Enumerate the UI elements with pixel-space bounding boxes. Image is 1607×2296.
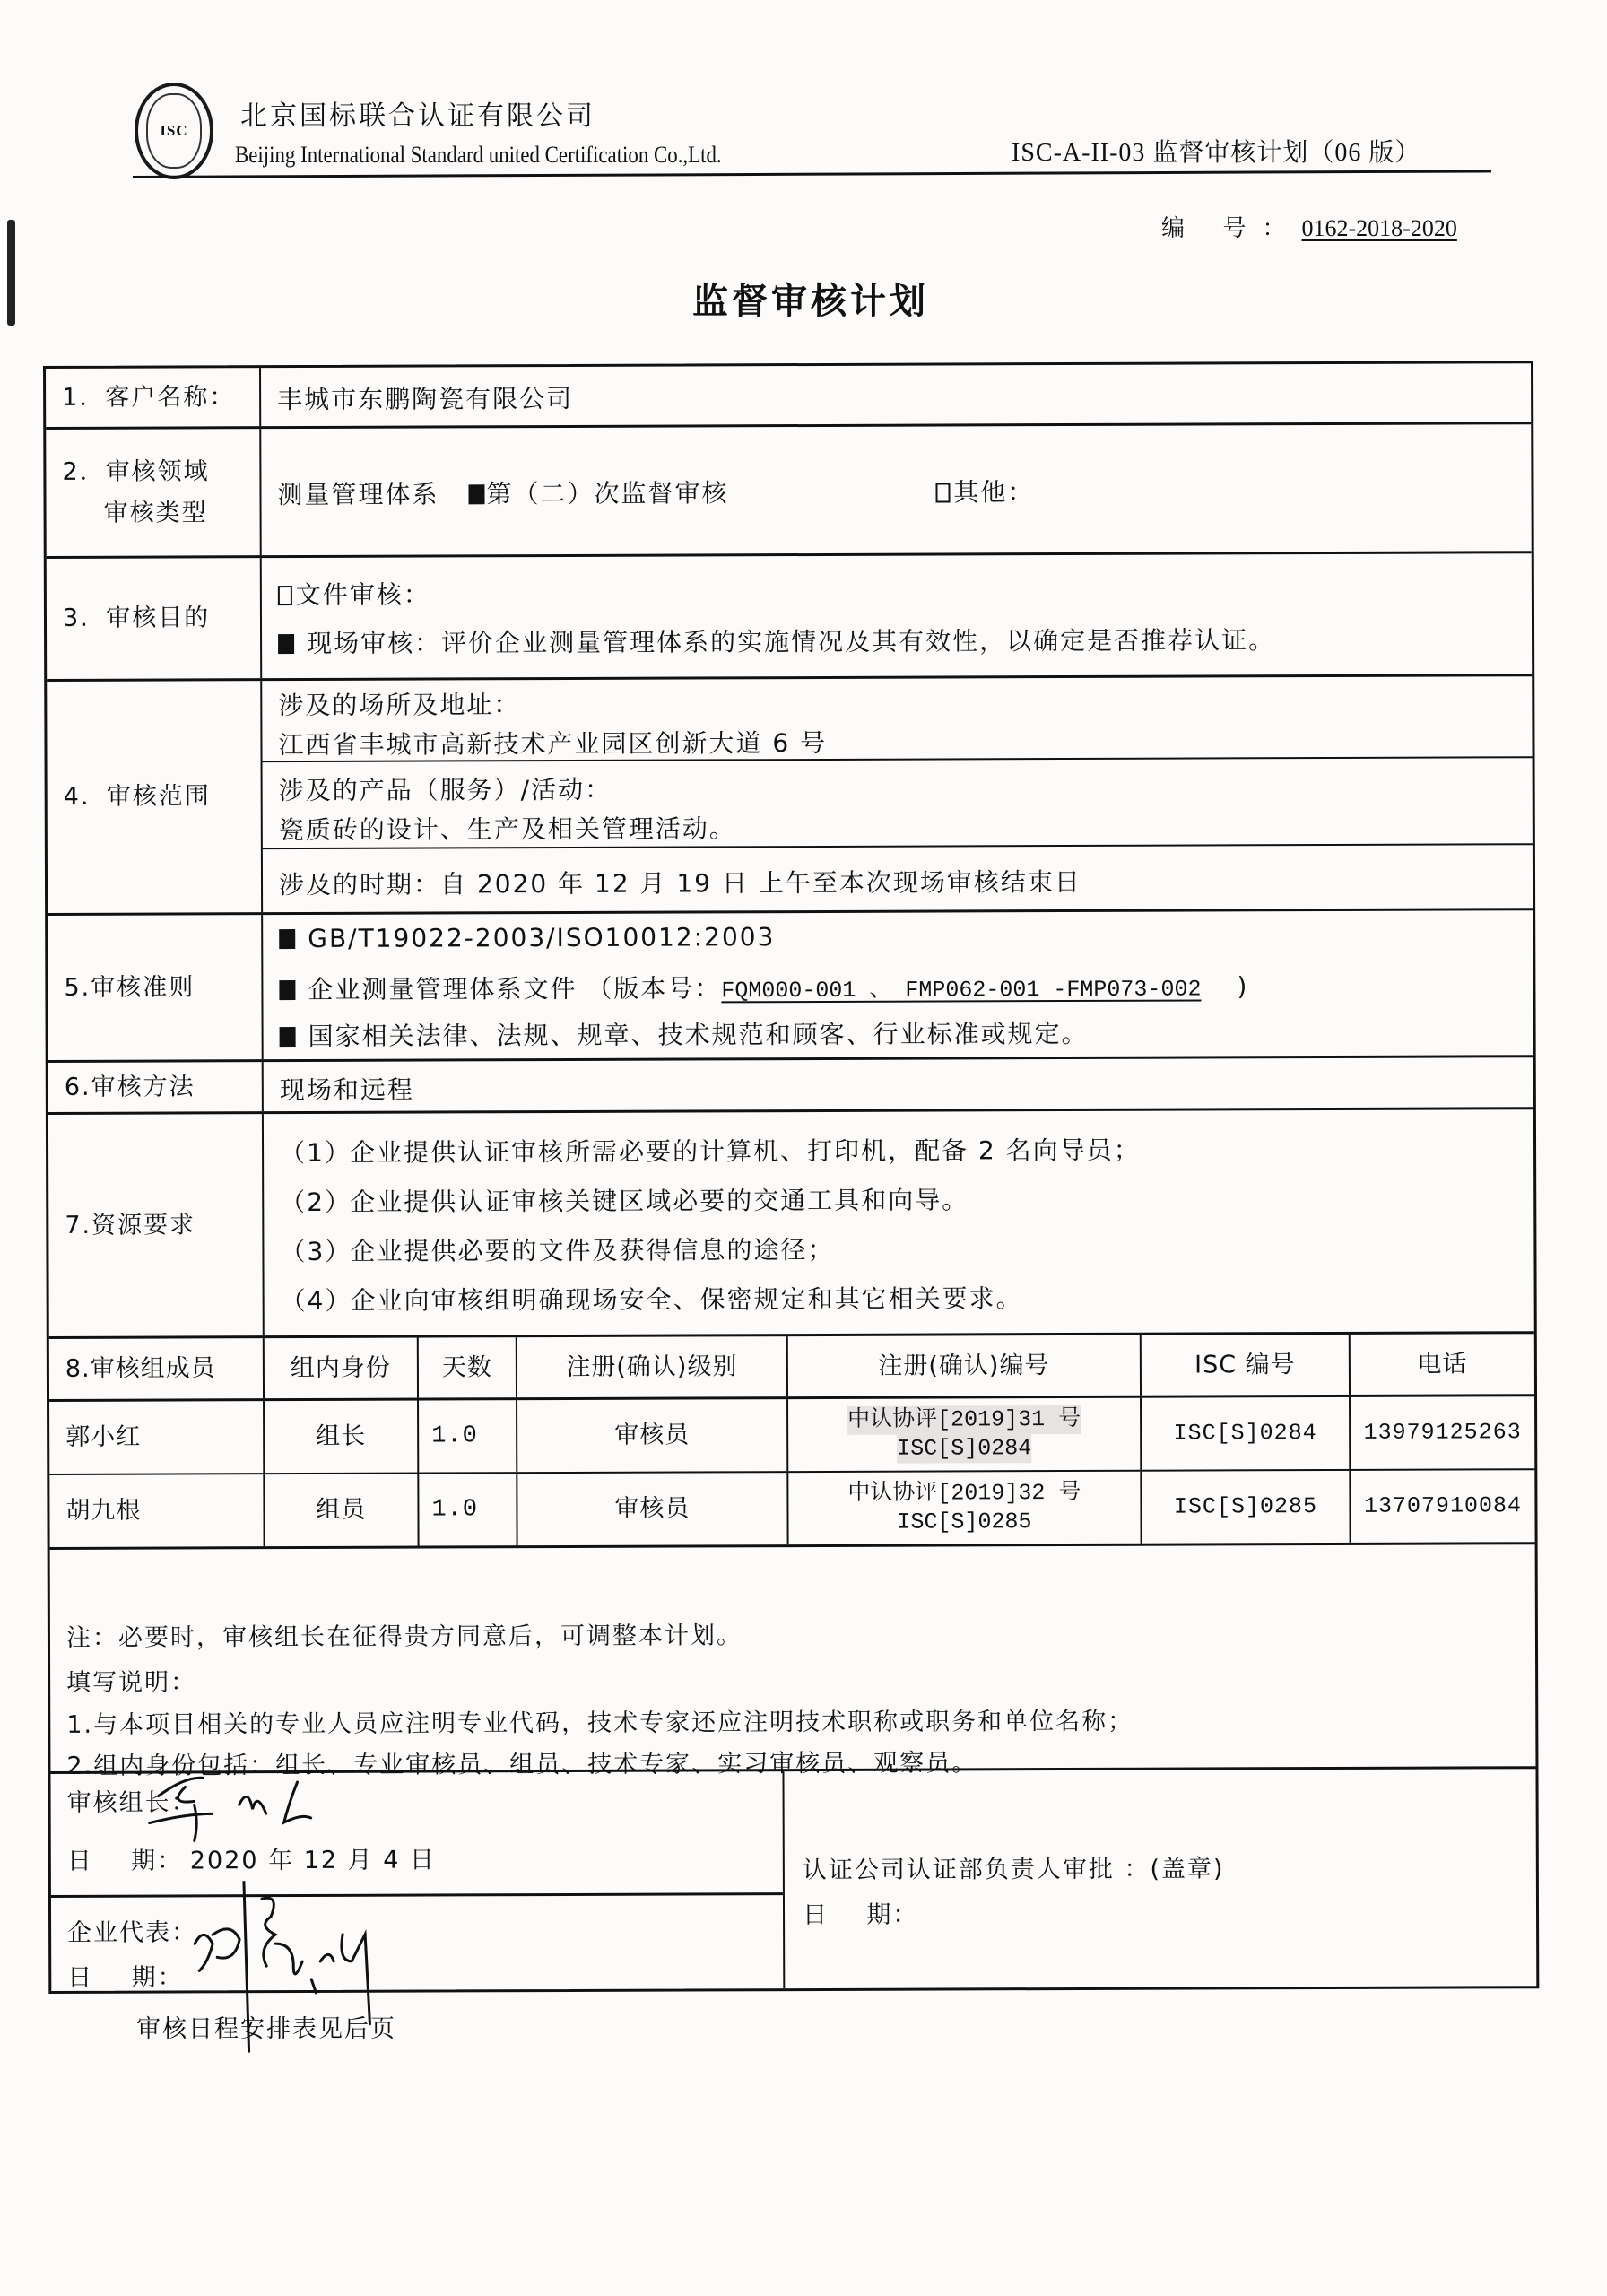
checked-box-icon[interactable] bbox=[278, 634, 294, 654]
col-days: 天数 bbox=[419, 1337, 517, 1397]
criteria-item-3-text: 国家相关法律、法规、规章、技术规范和顾客、行业标准或规定。 bbox=[308, 1019, 1089, 1051]
reg-no-line2: ISC[S]0285 bbox=[897, 1508, 1031, 1537]
rep-date-label: 日 期： bbox=[67, 1957, 183, 1992]
resource-num: （2） bbox=[280, 1183, 350, 1219]
resource-item: （4）企业向审核组明确现场安全、保密规定和其它相关要求。 bbox=[281, 1279, 1023, 1318]
resource-num: （1） bbox=[280, 1134, 350, 1170]
serial-label: 编 号： bbox=[1161, 215, 1302, 241]
criteria-label: 5.审核准则 bbox=[48, 915, 264, 1060]
notes-section: 注：必要时，审核组长在征得贵方同意后，可调整本计划。 填写说明： 1.与本项目相… bbox=[50, 1544, 1536, 1774]
company-name-en: Beijing International Standard united Ce… bbox=[235, 142, 722, 169]
row-domain: 2．审核领域 审核类型 测量管理体系 第（二）次监督审核 其他： bbox=[46, 424, 1531, 559]
leader-date-label: 日 期： bbox=[67, 1840, 183, 1875]
approval-date-label: 日 期： bbox=[803, 1895, 918, 1930]
member-isc-no: ISC[S]0284 bbox=[1142, 1397, 1351, 1470]
scope-site: 涉及的场所及地址： 江西省丰城市高新技术产业园区创新大道 6 号 bbox=[262, 676, 1532, 762]
unchecked-box-icon[interactable] bbox=[935, 483, 950, 502]
resources-label: 7.资源要求 bbox=[48, 1114, 265, 1336]
client-label: 1．客户名称： bbox=[46, 368, 261, 427]
resource-item: （1）企业提供认证审核所需必要的计算机、打印机，配备 2 名向导员； bbox=[280, 1131, 1141, 1170]
resource-text: 企业提供认证审核关键区域必要的交通工具和向导。 bbox=[350, 1185, 969, 1216]
serial-value: 0162-2018-2020 bbox=[1302, 215, 1457, 241]
client-cell: 丰城市东鹏陶瓷有限公司 bbox=[261, 363, 1531, 426]
row-purpose: 3．审核目的 文件审核： 现场审核：评价企业测量管理体系的实施情况及其有效性，以… bbox=[47, 553, 1532, 682]
scope-period: 涉及的时期：自 2020 年 12 月 19 日 上午至本次现场审核结束日 bbox=[263, 845, 1533, 915]
domain-line: 测量管理体系 第（二）次监督审核 其他： bbox=[277, 473, 1034, 511]
table-row: 胡九根 组员 1.0 审核员 中认协评[2019]32 号 ISC[S]0285… bbox=[49, 1470, 1534, 1550]
document-code: ISC-A-II-03 监督审核计划（06 版） bbox=[1012, 133, 1420, 169]
footer-note: 审核日程安排表见后页 bbox=[136, 2009, 396, 2044]
criteria-item-2-text: 企业测量管理体系文件 （版本号： bbox=[308, 973, 721, 1004]
resource-text: 企业向审核组明确现场安全、保密规定和其它相关要求。 bbox=[351, 1283, 1023, 1316]
isc-logo-icon: ISC bbox=[135, 83, 213, 179]
member-name: 胡九根 bbox=[49, 1474, 265, 1547]
method-cell: 现场和远程 bbox=[264, 1057, 1533, 1111]
domain-label-line1: 2．审核领域 bbox=[62, 451, 209, 493]
fill-instruction-1: 1.与本项目相关的专业人员应注明专业代码，技术专家还应注明技术职称或职务和单位名… bbox=[66, 1701, 1134, 1740]
member-phone: 13979125263 bbox=[1351, 1396, 1534, 1469]
leader-date: 2020 年 12 月 4 日 bbox=[190, 1839, 436, 1875]
product-label: 涉及的产品（服务）/活动： bbox=[279, 770, 612, 807]
product-value: 瓷质砖的设计、生产及相关管理活动。 bbox=[279, 809, 736, 847]
note-text: 注：必要时，审核组长在征得贵方同意后，可调整本计划。 bbox=[66, 1615, 743, 1653]
domain-label-line2: 审核类型 bbox=[62, 492, 209, 535]
row-scope: 4．审核范围 涉及的场所及地址： 江西省丰城市高新技术产业园区创新大道 6 号 … bbox=[47, 676, 1533, 916]
row-criteria: 5.审核准则 GB/T19022-2003/ISO10012:2003 企业测量… bbox=[48, 910, 1533, 1063]
approval-label: 认证公司认证部负责人审批 ：(盖章) bbox=[803, 1848, 1225, 1885]
onsite-label: 现场审核：评价企业测量管理体系的实施情况及其有效性，以确定是否推荐认证。 bbox=[307, 625, 1275, 658]
member-level: 审核员 bbox=[517, 1399, 788, 1472]
member-days: 1.0 bbox=[419, 1400, 517, 1472]
resource-text: 企业提供认证审核所需必要的计算机、打印机，配备 2 名向导员； bbox=[350, 1135, 1141, 1168]
col-isc-no: ISC 编号 bbox=[1142, 1335, 1351, 1396]
resource-item: （3）企业提供必要的文件及获得信息的途径； bbox=[280, 1231, 834, 1268]
resource-num: （4） bbox=[281, 1282, 351, 1318]
site-value: 江西省丰城市高新技术产业园区创新大道 6 号 bbox=[278, 724, 827, 761]
onsite-option[interactable]: 现场审核：评价企业测量管理体系的实施情况及其有效性，以确定是否推荐认证。 bbox=[278, 621, 1275, 660]
row-resources: 7.资源要求 （1）企业提供认证审核所需必要的计算机、打印机，配备 2 名向导员… bbox=[48, 1109, 1534, 1339]
team-header-row: 8.审核组成员 组内身份 天数 注册(确认)级别 注册(确认)编号 ISC 编号… bbox=[49, 1334, 1534, 1402]
col-reg-no: 注册(确认)编号 bbox=[788, 1335, 1142, 1396]
scope-product: 涉及的产品（服务）/活动： 瓷质砖的设计、生产及相关管理活动。 bbox=[263, 758, 1533, 849]
member-level: 审核员 bbox=[517, 1473, 788, 1545]
member-role: 组员 bbox=[265, 1474, 419, 1547]
client-name: 丰城市东鹏陶瓷有限公司 bbox=[277, 379, 573, 416]
system-name: 测量管理体系 bbox=[277, 479, 439, 509]
col-level: 注册(确认)级别 bbox=[517, 1336, 788, 1397]
scan-edge-mark bbox=[7, 220, 15, 326]
criteria-item-2: 企业测量管理体系文件 （版本号：FQM000-001 、 FMP062-001 … bbox=[279, 967, 1248, 1006]
version-numbers: FQM000-001 、 FMP062-001 -FMP073-002 bbox=[721, 976, 1201, 1004]
page-title: 监督审核计划 bbox=[692, 273, 929, 324]
doc-review-label: 文件审核： bbox=[296, 579, 430, 610]
member-name: 郭小红 bbox=[49, 1401, 265, 1474]
criteria-item-1-text: GB/T19022-2003/ISO10012:2003 bbox=[308, 922, 775, 953]
member-isc-no: ISC[S]0285 bbox=[1142, 1471, 1351, 1544]
table-row: 郭小红 组长 1.0 审核员 中认协评[2019]31 号 ISC[S]0284… bbox=[49, 1396, 1534, 1475]
doc-review-option[interactable]: 文件审核： bbox=[278, 575, 430, 612]
signature-left: 审核组长： 日 期： 2020 年 12 月 4 日 企业代表： 日 期： bbox=[50, 1771, 785, 1991]
resources-cell: （1）企业提供认证审核所需必要的计算机、打印机，配备 2 名向导员； （2）企业… bbox=[264, 1109, 1534, 1335]
row-client: 1．客户名称： 丰城市东鹏陶瓷有限公司 bbox=[46, 363, 1531, 430]
resource-item: （2）企业提供认证审核关键区域必要的交通工具和向导。 bbox=[280, 1180, 969, 1219]
signature-section: 审核组长： 日 期： 2020 年 12 月 4 日 企业代表： 日 期： 认证… bbox=[50, 1769, 1536, 1991]
method-value: 现场和远程 bbox=[280, 1071, 414, 1108]
reg-no-line1: 中认协评[2019]31 号 bbox=[847, 1405, 1081, 1435]
resource-num: （3） bbox=[280, 1232, 350, 1268]
resource-text: 企业提供必要的文件及获得信息的途径； bbox=[350, 1235, 834, 1266]
fill-instructions-title: 填写说明： bbox=[66, 1662, 196, 1698]
checked-box-icon[interactable] bbox=[279, 980, 295, 1000]
audit-type-option[interactable]: 第（二）次监督审核 bbox=[468, 478, 728, 509]
member-role: 组长 bbox=[265, 1401, 419, 1474]
logo-text: ISC bbox=[146, 93, 202, 169]
other-option[interactable]: 其他： bbox=[935, 477, 1034, 507]
audit-plan-table: 1．客户名称： 丰城市东鹏陶瓷有限公司 2．审核领域 审核类型 测量管理体系 第… bbox=[43, 361, 1539, 1994]
reg-no-line2: ISC[S]0284 bbox=[897, 1434, 1031, 1464]
criteria-item-2-close: ) bbox=[1237, 971, 1248, 1001]
checked-box-icon[interactable] bbox=[280, 1027, 296, 1047]
period-value: 涉及的时期：自 2020 年 12 月 19 日 上午至本次现场审核结束日 bbox=[279, 863, 1081, 901]
purpose-cell: 文件审核： 现场审核：评价企业测量管理体系的实施情况及其有效性，以确定是否推荐认… bbox=[262, 553, 1532, 678]
method-label: 6.审核方法 bbox=[48, 1062, 264, 1112]
audit-type-label: 第（二）次监督审核 bbox=[486, 478, 728, 509]
rep-label: 企业代表： bbox=[67, 1912, 197, 1948]
criteria-item-3: 国家相关法律、法规、规章、技术规范和顾客、行业标准或规定。 bbox=[280, 1014, 1089, 1053]
member-days: 1.0 bbox=[419, 1474, 517, 1545]
domain-cell: 测量管理体系 第（二）次监督审核 其他： bbox=[261, 424, 1531, 555]
col-role: 组内身份 bbox=[265, 1338, 419, 1399]
checked-box-icon[interactable] bbox=[468, 484, 484, 504]
row-method: 6.审核方法 现场和远程 bbox=[48, 1057, 1533, 1115]
purpose-label: 3．审核目的 bbox=[47, 558, 262, 679]
reg-no-line1: 中认协评[2019]32 号 bbox=[847, 1479, 1081, 1509]
leader-signature-block: 审核组长： 日 期： 2020 年 12 月 4 日 bbox=[50, 1771, 782, 1898]
criteria-cell: GB/T19022-2003/ISO10012:2003 企业测量管理体系文件 … bbox=[263, 910, 1533, 1059]
col-phone: 电话 bbox=[1351, 1334, 1534, 1395]
leader-label: 审核组长： bbox=[67, 1782, 197, 1818]
other-label: 其他： bbox=[953, 477, 1034, 507]
checked-box-icon[interactable] bbox=[279, 929, 295, 949]
criteria-item-1: GB/T19022-2003/ISO10012:2003 bbox=[279, 922, 775, 953]
serial-number: 编 号：0162-2018-2020 bbox=[1161, 210, 1457, 243]
member-reg-no: 中认协评[2019]31 号 ISC[S]0284 bbox=[788, 1398, 1142, 1471]
site-label: 涉及的场所及地址： bbox=[278, 685, 520, 722]
member-reg-no: 中认协评[2019]32 号 ISC[S]0285 bbox=[788, 1472, 1142, 1544]
member-phone: 13707910084 bbox=[1351, 1470, 1534, 1543]
header-divider bbox=[133, 170, 1491, 178]
team-label: 8.审核组成员 bbox=[49, 1338, 265, 1399]
unchecked-box-icon[interactable] bbox=[278, 586, 292, 605]
company-name-cn: 北京国标联合认证有限公司 bbox=[240, 93, 595, 133]
scope-label: 4．审核范围 bbox=[47, 681, 263, 913]
domain-label: 2．审核领域 审核类型 bbox=[46, 429, 261, 556]
